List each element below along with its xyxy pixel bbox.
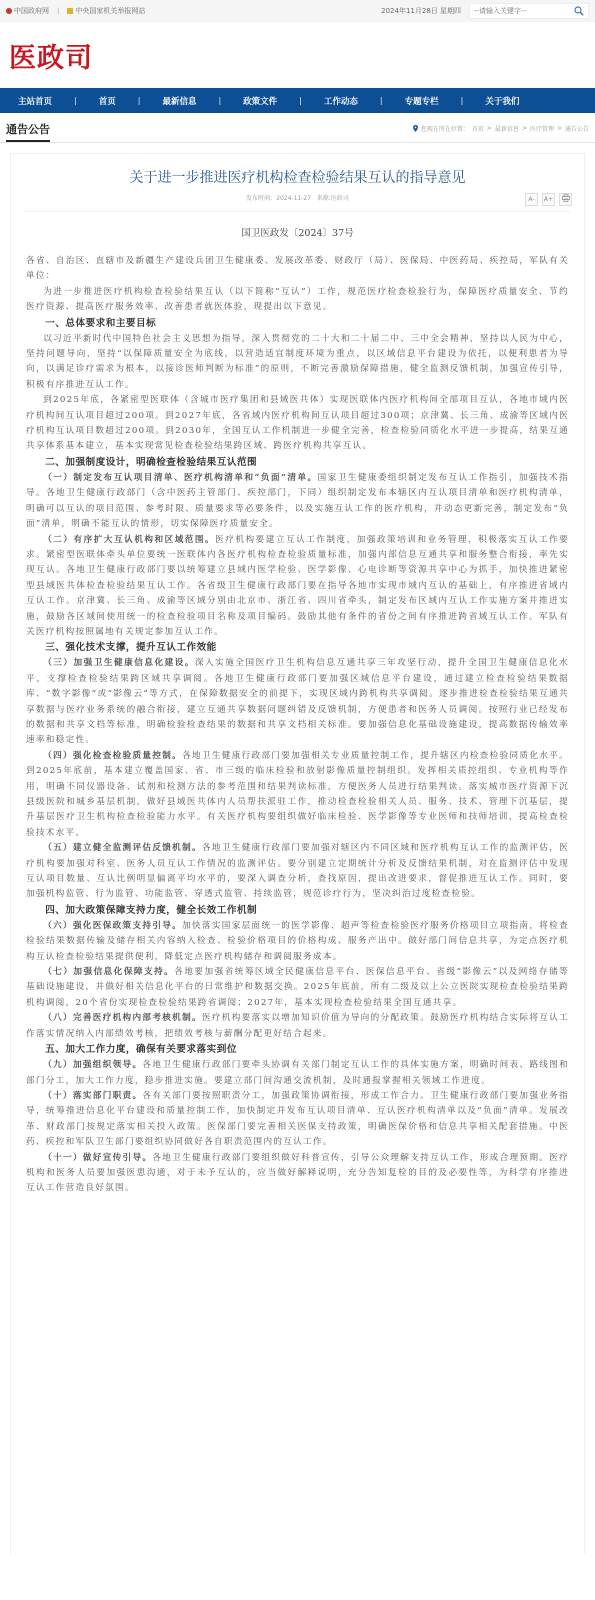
breadcrumb-separator: > bbox=[522, 125, 527, 132]
print-icon bbox=[562, 194, 570, 202]
section-heading-4: 四、加大政策保障支持力度，健全长效工作机制 bbox=[26, 903, 569, 919]
body-paragraph: （十一）做好宣传引导。各地卫生健康行政部门要组织做好科普宣传，引导公众理解支持互… bbox=[26, 1151, 569, 1197]
top-utility-bar: 中国政府网 | 中央国家机关举报网站 2024年11月28日 星期四 bbox=[0, 0, 595, 22]
item-lead: （九）加强组织领导。 bbox=[43, 1060, 142, 1070]
breadcrumb-separator: > bbox=[557, 125, 562, 132]
breadcrumb-latest-info[interactable]: 最新信息 bbox=[495, 124, 519, 133]
article-body: 各省、自治区、直辖市及新疆生产建设兵团卫生健康委、发展改革委、财政厅（局）、医保… bbox=[11, 254, 584, 1197]
section-heading-5: 五、加大工作力度，确保有关要求落实到位 bbox=[26, 1042, 569, 1058]
item-lead: （五）建立健全监测评估反馈机制。 bbox=[43, 843, 202, 853]
search-input[interactable] bbox=[474, 7, 570, 15]
body-paragraph: （二）有序扩大互认机构和区域范围。医疗机构要建立互认工作制度，加强政策培训和业务… bbox=[26, 533, 569, 641]
section-heading-3: 三、强化技术支撑，提升互认工作效能 bbox=[26, 640, 569, 656]
section-heading-2: 二、加强制度设计，明确检查检验结果互认范围 bbox=[26, 455, 569, 471]
article-title: 关于进一步推进医疗机构检查检验结果互认的指导意见 bbox=[11, 167, 584, 187]
nav-separator: | bbox=[461, 96, 464, 105]
source-label: 来源: bbox=[317, 195, 331, 202]
item-lead: （一）制定发布互认项目清单、医疗机构清单和“负面”清单。 bbox=[43, 473, 317, 483]
nav-home[interactable]: 首页 bbox=[99, 95, 116, 107]
body-paragraph: （七）加强信息化保障支持。各地要加强省统筹区域全民健康信息平台、医保信息平台、省… bbox=[26, 965, 569, 1011]
source-value: 医政司 bbox=[331, 195, 349, 202]
item-text: 深入实施全国医疗卫生机构信息互通共享三年攻坚行动，提升全国卫生健康信息化水平，支… bbox=[26, 658, 569, 745]
font-decrease-button[interactable]: A- bbox=[525, 193, 538, 206]
item-text: 医疗机构要建立互认工作制度，加强政策培训和业务管理，积极落实互认工作要求。紧密型… bbox=[26, 535, 569, 637]
body-paragraph: （三）加强卫生健康信息化建设。深入实施全国医疗卫生机构信息互通共享三年攻坚行动，… bbox=[26, 656, 569, 748]
body-paragraph: （四）强化检查检验质量控制。各地卫生健康行政部门要加强相关专业质量控制工作，提升… bbox=[26, 749, 569, 841]
nav-work-news[interactable]: 工作动态 bbox=[324, 95, 358, 107]
body-paragraph: 以习近平新时代中国特色社会主义思想为指导，深入贯彻党的二十大和二十届二中、三中全… bbox=[26, 332, 569, 394]
breadcrumb-medical-mgmt[interactable]: 医疗管理 bbox=[530, 124, 554, 133]
publish-label: 发布时间： bbox=[246, 195, 276, 202]
print-button[interactable] bbox=[559, 193, 572, 206]
body-paragraph: 到2025年底，各紧密型医联体（含城市医疗集团和县域医共体）实现医联体内医疗机构… bbox=[26, 393, 569, 455]
divider bbox=[25, 211, 570, 212]
site-logo[interactable]: 医政司 bbox=[9, 36, 93, 75]
breadcrumb: 您现在所在位置： 首页 > 最新信息 > 医疗管理 > 通告公告 bbox=[413, 124, 589, 133]
addressee-paragraph: 各省、自治区、直辖市及新疆生产建设兵团卫生健康委、发展改革委、财政厅（局）、医保… bbox=[26, 254, 569, 285]
section-header: 通告公告 您现在所在位置： 首页 > 最新信息 > 医疗管理 > 通告公告 bbox=[0, 115, 595, 143]
nav-special-topics[interactable]: 专题专栏 bbox=[405, 95, 439, 107]
item-lead: （七）加强信息化保障支持。 bbox=[43, 967, 174, 977]
breadcrumb-home[interactable]: 首页 bbox=[472, 124, 484, 133]
nav-about-us[interactable]: 关于我们 bbox=[485, 95, 519, 107]
report-site-link[interactable]: 中央国家机关举报网站 bbox=[67, 6, 145, 16]
main-nav: 主站首页 | 首页 | 最新信息 | 政策文件 | 工作动态 | 专题专栏 | … bbox=[0, 88, 595, 113]
breadcrumb-notices[interactable]: 通告公告 bbox=[565, 124, 589, 133]
body-paragraph: （九）加强组织领导。各地卫生健康行政部门要牵头协调有关部门制定互认工作的具体实施… bbox=[26, 1058, 569, 1089]
body-paragraph: （六）强化医保政策支持引导。加快落实国家层面统一的医学影像、超声等检查检验医疗服… bbox=[26, 919, 569, 965]
breadcrumb-prefix: 您现在所在位置： bbox=[421, 124, 469, 133]
item-lead: （十一）做好宣传引导。 bbox=[43, 1153, 152, 1163]
article-meta: 发布时间：2024-11-27 来源:医政司 A- A+ bbox=[11, 187, 584, 211]
house-icon bbox=[67, 8, 73, 14]
nav-separator: | bbox=[380, 96, 383, 105]
section-title: 通告公告 bbox=[6, 121, 50, 142]
search-box bbox=[469, 3, 589, 19]
publish-date: 2024-11-27 bbox=[276, 195, 311, 202]
body-paragraph: （五）建立健全监测评估反馈机制。各地卫生健康行政部门要加强对辖区内不同区域和医疗… bbox=[26, 841, 569, 903]
item-lead: （六）强化医保政策支持引导。 bbox=[43, 921, 182, 931]
article-container: 关于进一步推进医疗机构检查检验结果互认的指导意见 发布时间：2024-11-27… bbox=[10, 153, 585, 1554]
nav-separator: | bbox=[138, 96, 141, 105]
article-tools: A- A+ bbox=[525, 193, 572, 206]
intro-paragraph: 为进一步推进医疗机构检查检验结果互认（以下简称“互认”）工作，规范医疗检查检验行… bbox=[26, 285, 569, 316]
nav-main-home[interactable]: 主站首页 bbox=[18, 95, 52, 107]
item-lead: （四）强化检查检验质量控制。 bbox=[43, 751, 182, 761]
body-paragraph: （八）完善医疗机构内部考核机制。医疗机构要落实以增加知识价值为导向的分配政策。鼓… bbox=[26, 1011, 569, 1042]
document-number: 国卫医政发〔2024〕37号 bbox=[11, 225, 584, 239]
nav-separator: | bbox=[218, 96, 221, 105]
item-lead: （十）落实部门职责。 bbox=[43, 1091, 142, 1101]
nav-latest-info[interactable]: 最新信息 bbox=[162, 95, 196, 107]
current-date: 2024年11月28日 星期四 bbox=[381, 6, 461, 16]
font-increase-button[interactable]: A+ bbox=[542, 193, 555, 206]
body-paragraph: （一）制定发布互认项目清单、医疗机构清单和“负面”清单。国家卫生健康委组织制定发… bbox=[26, 471, 569, 533]
item-lead: （三）加强卫生健康信息化建设。 bbox=[43, 658, 195, 668]
item-lead: （八）完善医疗机构内部考核机制。 bbox=[43, 1013, 202, 1023]
search-icon[interactable] bbox=[574, 6, 584, 16]
item-lead: （二）有序扩大互认机构和区域范围。 bbox=[43, 535, 215, 545]
gov-site-link[interactable]: 中国政府网 bbox=[6, 6, 49, 16]
separator: | bbox=[57, 7, 59, 15]
location-pin-icon bbox=[413, 125, 418, 132]
nav-separator: | bbox=[299, 96, 302, 105]
body-paragraph: （十）落实部门职责。各有关部门要按照职责分工，加强政策协调衔接，形成工作合力。卫… bbox=[26, 1089, 569, 1151]
site-header: 医政司 bbox=[0, 22, 595, 88]
nav-policy-docs[interactable]: 政策文件 bbox=[243, 95, 277, 107]
breadcrumb-separator: > bbox=[487, 125, 492, 132]
nav-separator: | bbox=[74, 96, 77, 105]
item-text: 各地卫生健康行政部门要加强相关专业质量控制工作，提升辖区内检查检验同质化水平。到… bbox=[26, 751, 569, 838]
section-heading-1: 一、总体要求和主要目标 bbox=[26, 316, 569, 332]
emblem-icon bbox=[6, 8, 12, 14]
